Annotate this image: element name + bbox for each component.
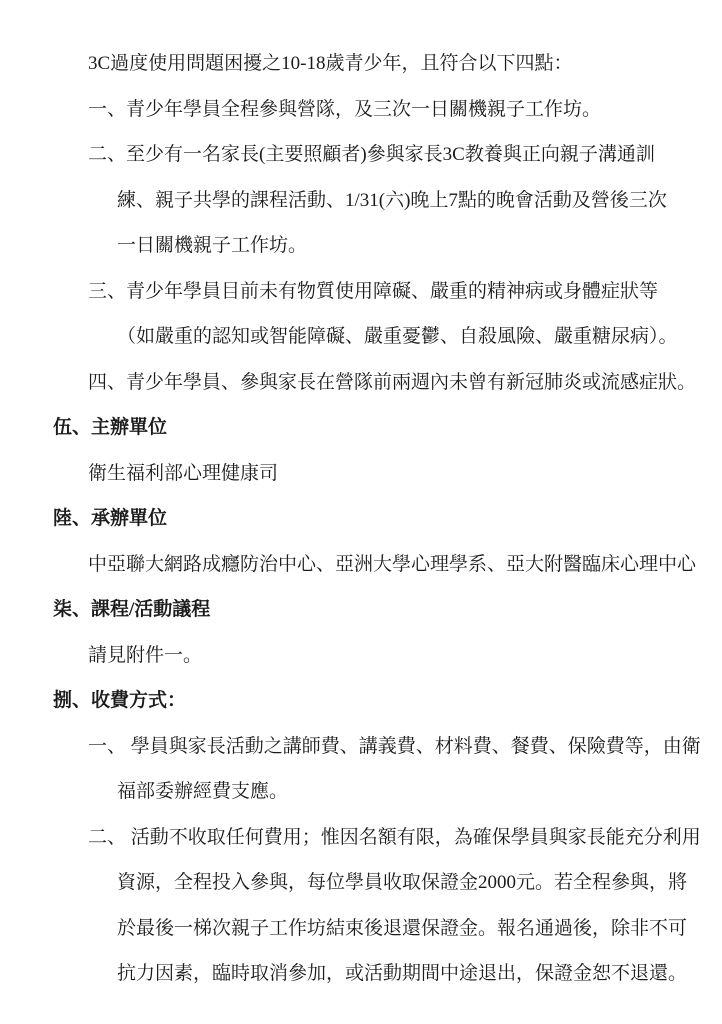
section-heading: 柒、課程/活動議程 [0,587,722,633]
section-heading: 伍、主辦單位 [0,405,722,451]
text-line: 一日關機親子工作坊。 [0,223,722,269]
text-line: 中亞聯大網路成癮防治中心、亞洲大學心理學系、亞大附醫臨床心理中心 [0,542,722,588]
document-page: 3C過度使用問題困擾之10-18歲青少年，且符合以下四點：一、青少年學員全程參與… [0,0,722,1024]
text-line: 衛生福利部心理健康司 [0,451,722,497]
text-line: 一、 學員與家長活動之講師費、講義費、材料費、餐費、保險費等，由衛 [0,724,722,770]
text-line: 抗力因素，臨時取消參加，或活動期間中途退出，保證金恕不退還。 [0,951,722,997]
text-line: 練、親子共學的課程活動、1/31(六)晚上7點的晚會活動及營後三次 [0,178,722,224]
section-heading: 捌、收費方式： [0,678,722,724]
section-heading: 陸、承辦單位 [0,496,722,542]
text-line: 二、 活動不收取任何費用；惟因名額有限，為確保學員與家長能充分利用 [0,815,722,861]
text-line: 於最後一梯次親子工作坊結束後退還保證金。報名通過後，除非不可 [0,906,722,952]
text-line: 福部委辦經費支應。 [0,769,722,815]
text-line: 一、青少年學員全程參與營隊，及三次一日關機親子工作坊。 [0,87,722,133]
text-line: 二、至少有一名家長(主要照顧者)參與家長3C教養與正向親子溝通訓 [0,132,722,178]
text-line: 請見附件一。 [0,633,722,679]
text-line: 3C過度使用問題困擾之10-18歲青少年，且符合以下四點： [0,41,722,87]
text-line: 四、青少年學員、參與家長在營隊前兩週內未曾有新冠肺炎或流感症狀。 [0,360,722,406]
text-line: 三、青少年學員目前未有物質使用障礙、嚴重的精神病或身體症狀等 [0,269,722,315]
text-line: 資源，全程投入參與，每位學員收取保證金2000元。若全程參與，將 [0,860,722,906]
text-line: （如嚴重的認知或智能障礙、嚴重憂鬱、自殺風險、嚴重糖尿病）。 [0,314,722,360]
document-body: 3C過度使用問題困擾之10-18歲青少年，且符合以下四點：一、青少年學員全程參與… [0,0,722,997]
